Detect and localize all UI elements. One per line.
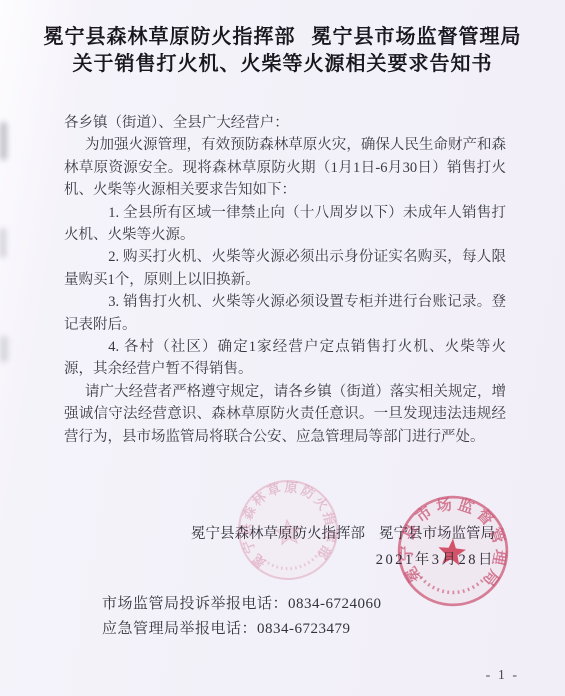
scan-artifact [0,122,7,160]
list-item-4: 4. 各村（社区）确定1家经营户定点销售打火机、火柴等火源，其余经营户暂不得销售… [64,336,506,381]
hotline-block: 市场监管局投诉举报电话：0834-6724060 应急管理局举报电话：0834-… [102,592,382,642]
scan-artifact [0,228,6,258]
salutation: 各乡镇（街道）、全县广大经营户： [64,112,506,134]
document-body: 各乡镇（街道）、全县广大经营户： 为加强火源管理，有效预防森林草原火灾，确保人民… [64,112,506,448]
page-number: - 1 - [486,668,519,684]
title-org-fire-hq: 冕宁县森林草原防火指挥部 [44,26,296,48]
document-title: 冕宁县森林草原防火指挥部冕宁县市场监督管理局 关于销售打火机、火柴等火源相关要求… [0,24,565,78]
signature-org-market-bureau: 冕宁县市场监管局 [379,521,495,547]
scan-artifact [0,336,8,362]
signature-orgs: 冕宁县森林草原防火指挥部冕宁县市场监管局 [191,521,495,547]
hotline-market-bureau: 市场监管局投诉举报电话：0834-6724060 [102,592,382,617]
closing-paragraph: 请广大经营者严格遵守规定，请各乡镇（街道）落实相关规定，增强诚信守法经营意识、森… [64,381,506,448]
title-line-2: 关于销售打火机、火柴等火源相关要求告知书 [0,51,565,78]
list-item-2: 2. 购买打火机、火柴等火源必须出示身份证实名购买，每人限量购买1个，原则上以旧… [64,246,506,291]
hotline-emergency-bureau: 应急管理局举报电话：0834-6723479 [102,617,382,642]
notice-document-page: 冕宁县森林草原防火指挥部冕宁县市场监督管理局 关于销售打火机、火柴等火源相关要求… [0,0,565,696]
list-item-1: 1. 全县所有区域一律禁止向（十八周岁以下）未成年人销售打火机、火柴等火源。 [64,202,506,247]
title-org-market-bureau: 冕宁县市场监督管理局 [312,26,522,48]
signature-date: 2021年3月28日 [191,547,495,573]
signature-block: 冕宁县森林草原防火指挥部冕宁县市场监管局 2021年3月28日 [191,521,495,573]
signature-org-fire-hq: 冕宁县森林草原防火指挥部 [191,521,365,547]
intro-paragraph: 为加强火源管理，有效预防森林草原火灾，确保人民生命财产和森林草原资源安全。现将森… [64,134,506,201]
list-item-3: 3. 销售打火机、火柴等火源必须设置专柜并进行台账记录。登记表附后。 [64,291,506,336]
title-line-1: 冕宁县森林草原防火指挥部冕宁县市场监督管理局 [0,24,565,51]
